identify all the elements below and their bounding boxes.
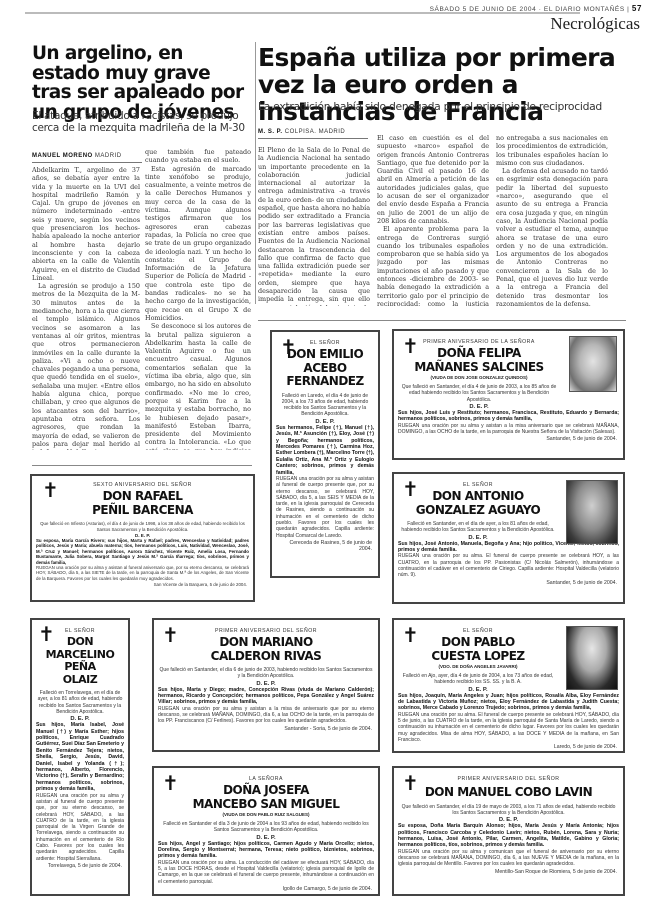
- dateline: SÁBADO 5 DE JUNIO DE 2004 · EL DIARIO MO…: [352, 4, 642, 13]
- obit-text: Falleció en Santander, en el día de ayer…: [394, 521, 562, 534]
- obit-ruegan: RUEGAN una oración por su alma y asistan…: [32, 565, 253, 581]
- cross-icon: ✝: [402, 625, 419, 645]
- paragraph: Abdelkarim T., argelino de 37 años, se d…: [32, 166, 140, 282]
- divider: [258, 320, 626, 321]
- story1-byline: MANUEL MORENO MADRID: [32, 153, 142, 163]
- name-line: PEÑA: [32, 661, 128, 674]
- obit-name: DOÑA JOSEFA MANCEBO SAN MIGUEL: [154, 784, 378, 811]
- obit-place-date: Mentillo-San Roque de Riomiera, 5 de jun…: [394, 868, 623, 875]
- name-line: DON MARIANO: [154, 636, 378, 650]
- paragraph: que también fue pateado cuando ya estaba…: [145, 148, 251, 165]
- portrait-photo: [569, 336, 617, 392]
- obit-place-date: Laredo, 5 de junio de 2004.: [394, 743, 623, 750]
- obit-name: DON ANTONIO GONZALEZ AGUAYO: [394, 490, 562, 517]
- byline-author: M. S. P.: [258, 129, 283, 135]
- obit-family: Sus hijos, María Isabel, José Manuel (†)…: [32, 722, 128, 792]
- story1-dek: El ataque, atribuido a racistas, se prod…: [32, 110, 257, 134]
- obit-family: Sus hijos, Joaquín, María Angeles y Juan…: [394, 693, 623, 712]
- story2-column-1: El Pleno de la Sala de lo Penal de la Au…: [258, 146, 370, 306]
- obit-text: Falleció en Laredo, el día 4 de junio de…: [272, 393, 378, 418]
- obit-ruegan: RUEGAN una oración por su alma y asistan…: [272, 476, 378, 539]
- obit-ruegan: RUEGAN una oración por su alma y asistan…: [394, 423, 623, 436]
- obit-ruegan: RUEGAN una oración por su alma. El funer…: [394, 712, 623, 743]
- obituary-mariano-calderon: ✝ PRIMER ANIVERSARIO DEL SEÑOR DON MARIA…: [152, 618, 380, 752]
- obit-text: Que falleció en Santander, el día 6 de j…: [154, 667, 378, 680]
- name-line: DON ANTONIO: [394, 490, 562, 504]
- obituary-antonio-gonzalez: ✝ EL SEÑOR DON ANTONIO GONZALEZ AGUAYO F…: [392, 472, 625, 604]
- dateline-text: SÁBADO 5 DE JUNIO DE 2004 · EL DIARIO MO…: [430, 6, 630, 13]
- obit-text: Que falleció en Infiesto (Asturias), el …: [32, 521, 253, 532]
- obit-family: Sus hermanos, Felipe (†), Manuel (†), Je…: [272, 425, 378, 476]
- obit-family: Sus hijos, Marta y Diego; madre, Concepc…: [154, 687, 378, 706]
- cross-icon: ✝: [402, 773, 419, 793]
- obituary-pablo-cuesta: ✝ EL SEÑOR DON PABLO CUESTA LOPEZ (VDO. …: [392, 618, 625, 753]
- obituary-josefa-mancebo: ✝ LA SEÑORA DOÑA JOSEFA MANCEBO SAN MIGU…: [152, 766, 380, 896]
- paragraph: El caso en cuestión es el del supuesto «…: [377, 134, 489, 225]
- obit-name: DON MARIANO CALDERON RIVAS: [154, 636, 378, 663]
- name-line: DON RAFAEL: [32, 490, 253, 504]
- obit-subtitle: (VDO. DE DOÑA ANGELES JAVARRI): [394, 664, 562, 669]
- paragraph: El Pleno de la Sala de lo Penal de la Au…: [258, 146, 370, 306]
- name-line: DOÑA JOSEFA: [154, 784, 378, 798]
- obit-place-date: San Vicente de la Barquera, 5 de junio d…: [32, 581, 253, 587]
- name-line: MANCEBO SAN MIGUEL: [154, 798, 378, 812]
- name-line: CUESTA LOPEZ: [394, 650, 562, 664]
- obituary-felipa-manianes: ✝ PRIMER ANIVERSARIO DE LA SEÑORA DOÑA F…: [392, 329, 625, 460]
- name-line: ACEBO: [272, 362, 378, 376]
- obit-family: Su esposa, Doña María Barquín Alonso; hi…: [394, 823, 623, 849]
- paragraph: Se desconoce si los autores de la brutal…: [145, 322, 251, 450]
- obit-prefix: EL SEÑOR: [394, 628, 562, 634]
- name-line: DON PABLO: [394, 636, 562, 650]
- cross-icon: ✝: [402, 336, 419, 356]
- cross-icon: ✝: [42, 480, 59, 500]
- story1-column-2: que también fue pateado cuando ya estaba…: [145, 148, 251, 450]
- story1-column-1: Abdelkarim T., argelino de 37 años, se d…: [32, 166, 140, 450]
- name-line: DON MANUEL COBO LAVIN: [394, 786, 623, 800]
- obituary-marcelino-pena: ✝ EL SEÑOR DON MARCELINO PEÑA OLAIZ Fall…: [30, 618, 130, 896]
- obit-name: DON PABLO CUESTA LOPEZ: [394, 636, 562, 663]
- byline-author: MANUEL MORENO: [32, 153, 93, 159]
- obit-name: DOÑA FELIPA MAÑANES SALCINES: [394, 347, 564, 374]
- obit-ruegan: RUEGAN una oración por su alma y comunic…: [394, 849, 623, 868]
- story2-column-2: El caso en cuestión es el del supuesto «…: [377, 134, 489, 306]
- obit-family: Sus hijos, Angel y Santiago; hijos polít…: [154, 841, 378, 860]
- cross-icon: ✝: [38, 624, 55, 644]
- obit-ruegan: RUEGAN una oración por su alma y asistan…: [32, 793, 128, 862]
- obit-name: DON RAFAEL PEÑIL BARCENA: [32, 490, 253, 517]
- obit-ruegan: RUEGAN una oración por su alma. La condu…: [154, 860, 378, 885]
- paragraph: El aparente problema para la entrega de …: [377, 225, 489, 306]
- obit-subtitle: (VIUDA DE DON JOSE GONZALEZ QUINDOS): [394, 375, 564, 380]
- obit-text: Falleció en Torrelavega, en el día de ay…: [32, 690, 128, 715]
- obit-place-date: Cereceda de Rasines, 5 de junio de 2004.: [272, 539, 378, 552]
- obit-place-date: Santander, 5 de junio de 2004.: [394, 579, 623, 586]
- name-line: DOÑA FELIPA: [394, 347, 564, 361]
- cross-icon: ✝: [162, 773, 179, 793]
- name-line: OLAIZ: [32, 674, 128, 687]
- obit-prefix: PRIMER ANIVERSARIO DEL SEÑOR: [394, 776, 623, 782]
- paragraph: La agresión se produjo a 150 metros de l…: [32, 282, 140, 450]
- obituary-manuel-cobo: ✝ PRIMER ANIVERSARIO DEL SEÑOR DON MANUE…: [392, 766, 625, 896]
- obit-family: Su esposa, María García Rivero; sus hijo…: [32, 538, 253, 565]
- obit-place-date: Igollo de Camargo, 5 de junio de 2004.: [154, 885, 378, 892]
- name-line: PEÑIL BARCENA: [32, 504, 253, 518]
- obit-prefix: PRIMER ANIVERSARIO DE LA SEÑORA: [394, 339, 564, 345]
- name-line: CALDERON RIVAS: [154, 650, 378, 664]
- paragraph: La defensa del acusado no tardó en esgri…: [496, 167, 608, 306]
- obit-prefix: SEXTO ANIVERSARIO DEL SEÑOR: [32, 482, 253, 488]
- obit-name: DON MANUEL COBO LAVIN: [394, 786, 623, 800]
- cross-icon: ✝: [162, 625, 179, 645]
- story2-dek: La extradición había sido denegada por e…: [258, 100, 643, 113]
- name-line: GONZALEZ AGUAYO: [394, 504, 562, 518]
- byline-place: MADRID: [95, 153, 122, 159]
- obit-text: Falleció en Ajo, ayer, día 4 de junio de…: [394, 673, 562, 686]
- column-rule: [255, 42, 256, 304]
- divider: [32, 465, 252, 466]
- name-line: MAÑANES SALCINES: [394, 361, 564, 375]
- obit-text: Falleció en Santander el día 3 de junio …: [154, 821, 378, 834]
- obit-prefix: EL SEÑOR: [394, 482, 562, 488]
- obituary-rafael-penil: ✝ SEXTO ANIVERSARIO DEL SEÑOR DON RAFAEL…: [30, 474, 255, 602]
- paragraph: Esta agresión de marcado tinte xenófobo …: [145, 165, 251, 323]
- obit-subtitle: (VIUDA DE DON PABLO RUIZ SALGUES): [154, 812, 378, 817]
- obit-place-date: Santander, 5 de junio de 2004.: [394, 435, 623, 442]
- portrait-photo: [566, 480, 618, 544]
- cross-icon: ✝: [402, 479, 419, 499]
- cross-icon: ✝: [280, 337, 297, 357]
- obit-place-date: Santander - Soria, 5 de junio de 2004.: [154, 725, 378, 732]
- section-title: Necrológicas: [480, 14, 640, 34]
- obituary-emilio-acebo: ✝ EL SEÑOR DON EMILIO ACEBO FERNANDEZ Fa…: [270, 330, 380, 578]
- name-line: FERNANDEZ: [272, 375, 378, 389]
- obit-family: Sus hijos, José Luis y Restituto; herman…: [394, 410, 623, 423]
- obit-text: Que falleció en Santander, el día 19 de …: [394, 804, 623, 817]
- obit-ruegan: RUEGAN una oración por su alma. El funer…: [394, 553, 623, 578]
- obit-place-date: Torrelavega, 5 de junio de 2004.: [32, 862, 128, 869]
- byline-place: COLPISA. MADRID: [285, 129, 346, 135]
- obit-ruegan: RUEGAN una oración por su alma y asistan…: [154, 706, 378, 725]
- obit-prefix: PRIMER ANIVERSARIO DEL SEÑOR: [154, 628, 378, 634]
- page-number: 57: [632, 4, 642, 13]
- paragraph: no entregaba a sus nacionales en los pro…: [496, 134, 608, 167]
- obit-prefix: LA SEÑORA: [154, 776, 378, 782]
- obit-text: Que falleció en Santander, el día 4 de j…: [394, 384, 564, 403]
- portrait-photo: [566, 626, 618, 690]
- story2-column-3: no entregaba a sus nacionales en los pro…: [496, 134, 608, 306]
- story2-byline: M. S. P. COLPISA. MADRID: [258, 129, 368, 139]
